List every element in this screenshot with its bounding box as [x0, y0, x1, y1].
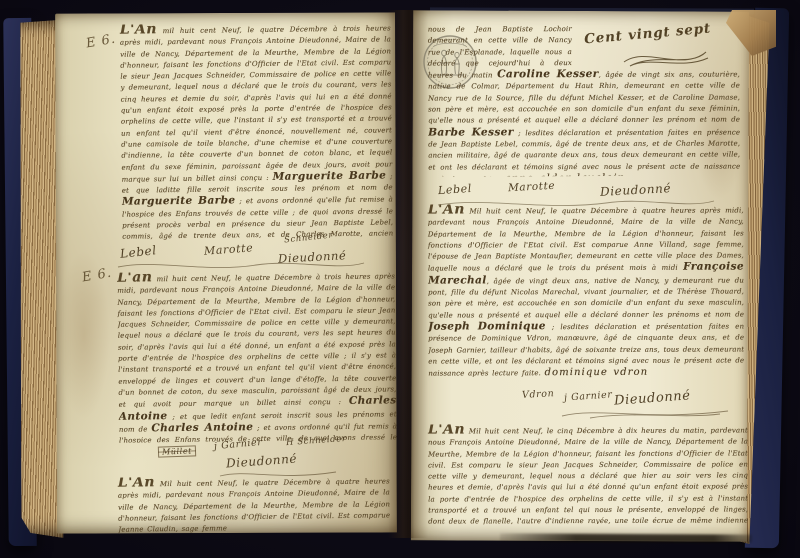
inline-name: Joseph Dominique — [428, 320, 546, 332]
inline-name: Barbe Kesser — [428, 126, 514, 138]
entry-initial: L'An — [120, 21, 157, 37]
page-bottom-shadow — [500, 533, 752, 542]
signature: Müllet — [158, 445, 196, 457]
flourish-swash-icon — [116, 258, 366, 277]
flourish-swash-icon — [560, 406, 730, 425]
inline-name: Charles Antoine — [151, 421, 253, 434]
signature: Lebel — [438, 182, 473, 197]
inline-name: Marguerite Barbe — [273, 169, 387, 182]
left-entry-2: L'an mil huit cent Neuf, le quatre Décem… — [117, 269, 397, 442]
flourish-swash-icon — [620, 44, 712, 76]
inline-name: Marguerite Barbe — [122, 195, 236, 208]
signature: Marotte — [508, 180, 556, 194]
entry-initial: L'An — [428, 423, 465, 437]
inline-name: Caroline Kesser — [497, 68, 598, 80]
entry-initial: L'An — [118, 474, 155, 490]
signature: Vdron — [522, 388, 555, 401]
left-entry-1: L'An mil huit cent Neuf, le quatre Décem… — [120, 21, 394, 240]
inline-signature: dominique vdron — [544, 367, 648, 378]
right-entry-3: L'An Mil huit cent Neuf, le cinq Décembr… — [428, 423, 748, 524]
flourish-swash-icon — [218, 466, 338, 485]
flourish-swash-icon — [436, 196, 716, 215]
archival-register-scan: Cent vingt sept E 6. L'An mil huit cent … — [0, 0, 800, 558]
right-entry-2: L'An Mil huit cent Neuf, le quatre Décem… — [428, 203, 745, 390]
